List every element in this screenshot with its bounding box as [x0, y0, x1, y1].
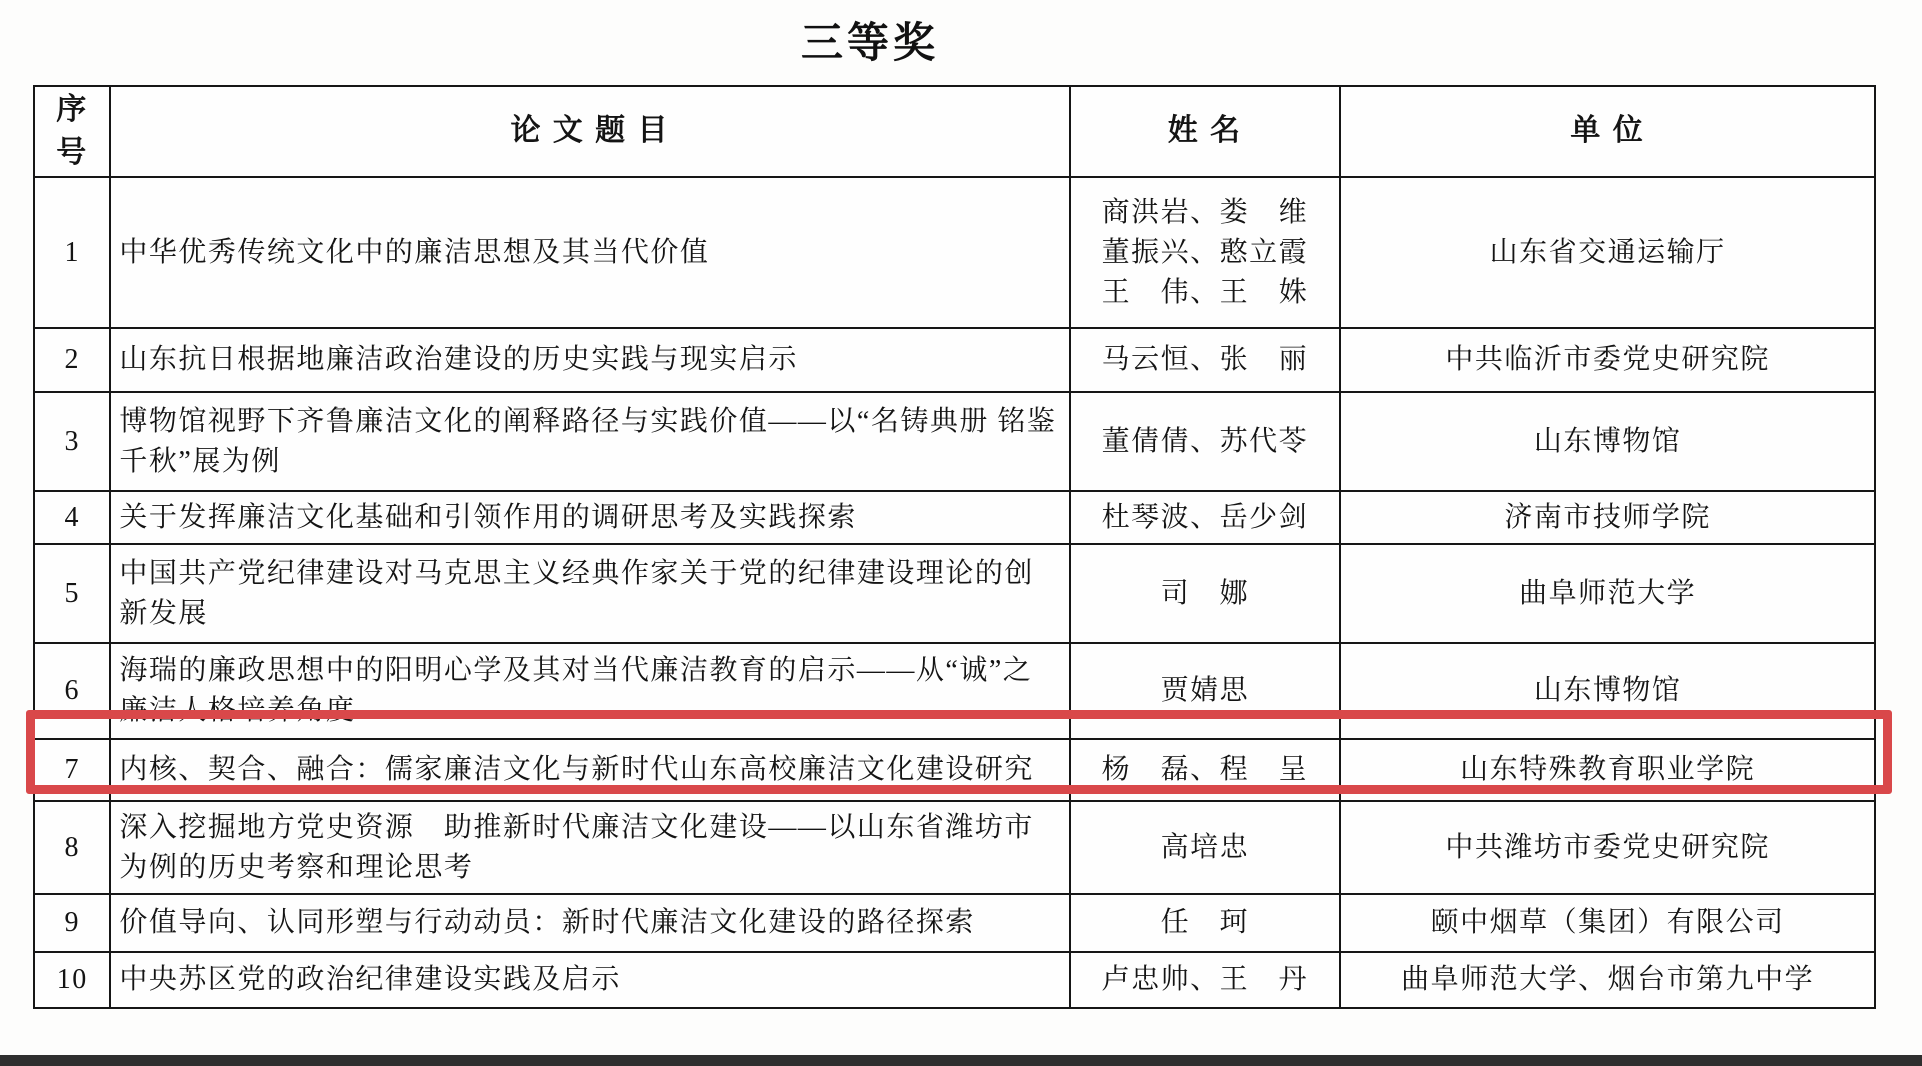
table-row: 9 价值导向、认同形塑与行动动员：新时代廉洁文化建设的路径探索 任 珂 颐中烟草… [34, 894, 1875, 952]
paper-title-cell: 博物馆视野下齐鲁廉洁文化的阐释路径与实践价值——以“名铸典册 铭鉴千秋”展为例 [110, 392, 1069, 491]
page-title: 三等奖 [0, 10, 1740, 70]
unit-cell: 山东省交通运输厅 [1340, 177, 1875, 328]
unit-cell: 山东特殊教育职业学院 [1340, 739, 1875, 801]
unit-cell: 山东博物馆 [1340, 643, 1875, 739]
award-table: 序号 论 文 题 目 姓 名 单 位 1 中华优秀传统文化中的廉洁思想及其当代价… [33, 85, 1876, 1009]
header-unit: 单 位 [1340, 86, 1875, 177]
row-index-cell: 6 [34, 643, 110, 739]
paper-title-cell: 深入挖掘地方党史资源 助推新时代廉洁文化建设——以山东省潍坊市为例的历史考察和理… [110, 801, 1069, 894]
page-edge-divider [0, 1055, 1922, 1066]
authors-cell: 贾婧思 [1070, 643, 1341, 739]
authors-cell: 马云恒、张 丽 [1070, 328, 1341, 392]
table-row: 6 海瑞的廉政思想中的阳明心学及其对当代廉洁教育的启示——从“诚”之廉洁人格培养… [34, 643, 1875, 739]
paper-title-cell: 中国共产党纪律建设对马克思主义经典作家关于党的纪律建设理论的创新发展 [110, 544, 1069, 643]
row-index-cell: 4 [34, 491, 110, 544]
authors-cell: 商洪岩、娄 维 董振兴、憨立霞 王 伟、王 姝 [1070, 177, 1341, 328]
paper-title-cell: 关于发挥廉洁文化基础和引领作用的调研思考及实践探索 [110, 491, 1069, 544]
row-index-cell: 2 [34, 328, 110, 392]
table-row: 2 山东抗日根据地廉洁政治建设的历史实践与现实启示 马云恒、张 丽 中共临沂市委… [34, 328, 1875, 392]
unit-cell: 中共临沂市委党史研究院 [1340, 328, 1875, 392]
table-row: 5 中国共产党纪律建设对马克思主义经典作家关于党的纪律建设理论的创新发展 司 娜… [34, 544, 1875, 643]
paper-title-cell: 山东抗日根据地廉洁政治建设的历史实践与现实启示 [110, 328, 1069, 392]
authors-cell: 董倩倩、苏代苓 [1070, 392, 1341, 491]
paper-title-cell: 海瑞的廉政思想中的阳明心学及其对当代廉洁教育的启示——从“诚”之廉洁人格培养角度 [110, 643, 1069, 739]
header-index: 序号 [34, 86, 110, 177]
table-row: 4 关于发挥廉洁文化基础和引领作用的调研思考及实践探索 杜琴波、岳少剑 济南市技… [34, 491, 1875, 544]
authors-cell: 高培忠 [1070, 801, 1341, 894]
row-index-cell: 10 [34, 952, 110, 1008]
row-index-cell: 1 [34, 177, 110, 328]
paper-title-cell: 价值导向、认同形塑与行动动员：新时代廉洁文化建设的路径探索 [110, 894, 1069, 952]
authors-cell: 卢忠帅、王 丹 [1070, 952, 1341, 1008]
table-row: 8 深入挖掘地方党史资源 助推新时代廉洁文化建设——以山东省潍坊市为例的历史考察… [34, 801, 1875, 894]
row-index-cell: 7 [34, 739, 110, 801]
authors-cell: 司 娜 [1070, 544, 1341, 643]
table-row: 1 中华优秀传统文化中的廉洁思想及其当代价值 商洪岩、娄 维 董振兴、憨立霞 王… [34, 177, 1875, 328]
paper-title-cell: 中央苏区党的政治纪律建设实践及启示 [110, 952, 1069, 1008]
header-paper-title: 论 文 题 目 [110, 86, 1069, 177]
unit-cell: 济南市技师学院 [1340, 491, 1875, 544]
paper-title-cell: 中华优秀传统文化中的廉洁思想及其当代价值 [110, 177, 1069, 328]
authors-cell: 杜琴波、岳少剑 [1070, 491, 1341, 544]
header-name: 姓 名 [1070, 86, 1341, 177]
table-row-highlighted: 7 内核、契合、融合：儒家廉洁文化与新时代山东高校廉洁文化建设研究 杨 磊、程 … [34, 739, 1875, 801]
scanned-document-page: 三等奖 序号 论 文 题 目 姓 名 单 位 1 中华优秀传统文化中的廉洁思想及… [0, 0, 1922, 1066]
authors-cell: 任 珂 [1070, 894, 1341, 952]
authors-cell: 杨 磊、程 呈 [1070, 739, 1341, 801]
table-header-row: 序号 论 文 题 目 姓 名 单 位 [34, 86, 1875, 177]
row-index-cell: 8 [34, 801, 110, 894]
row-index-cell: 5 [34, 544, 110, 643]
unit-cell: 曲阜师范大学、烟台市第九中学 [1340, 952, 1875, 1008]
row-index-cell: 9 [34, 894, 110, 952]
table-row: 3 博物馆视野下齐鲁廉洁文化的阐释路径与实践价值——以“名铸典册 铭鉴千秋”展为… [34, 392, 1875, 491]
unit-cell: 曲阜师范大学 [1340, 544, 1875, 643]
paper-title-cell: 内核、契合、融合：儒家廉洁文化与新时代山东高校廉洁文化建设研究 [110, 739, 1069, 801]
unit-cell: 山东博物馆 [1340, 392, 1875, 491]
unit-cell: 颐中烟草（集团）有限公司 [1340, 894, 1875, 952]
row-index-cell: 3 [34, 392, 110, 491]
table-row: 10 中央苏区党的政治纪律建设实践及启示 卢忠帅、王 丹 曲阜师范大学、烟台市第… [34, 952, 1875, 1008]
unit-cell: 中共潍坊市委党史研究院 [1340, 801, 1875, 894]
